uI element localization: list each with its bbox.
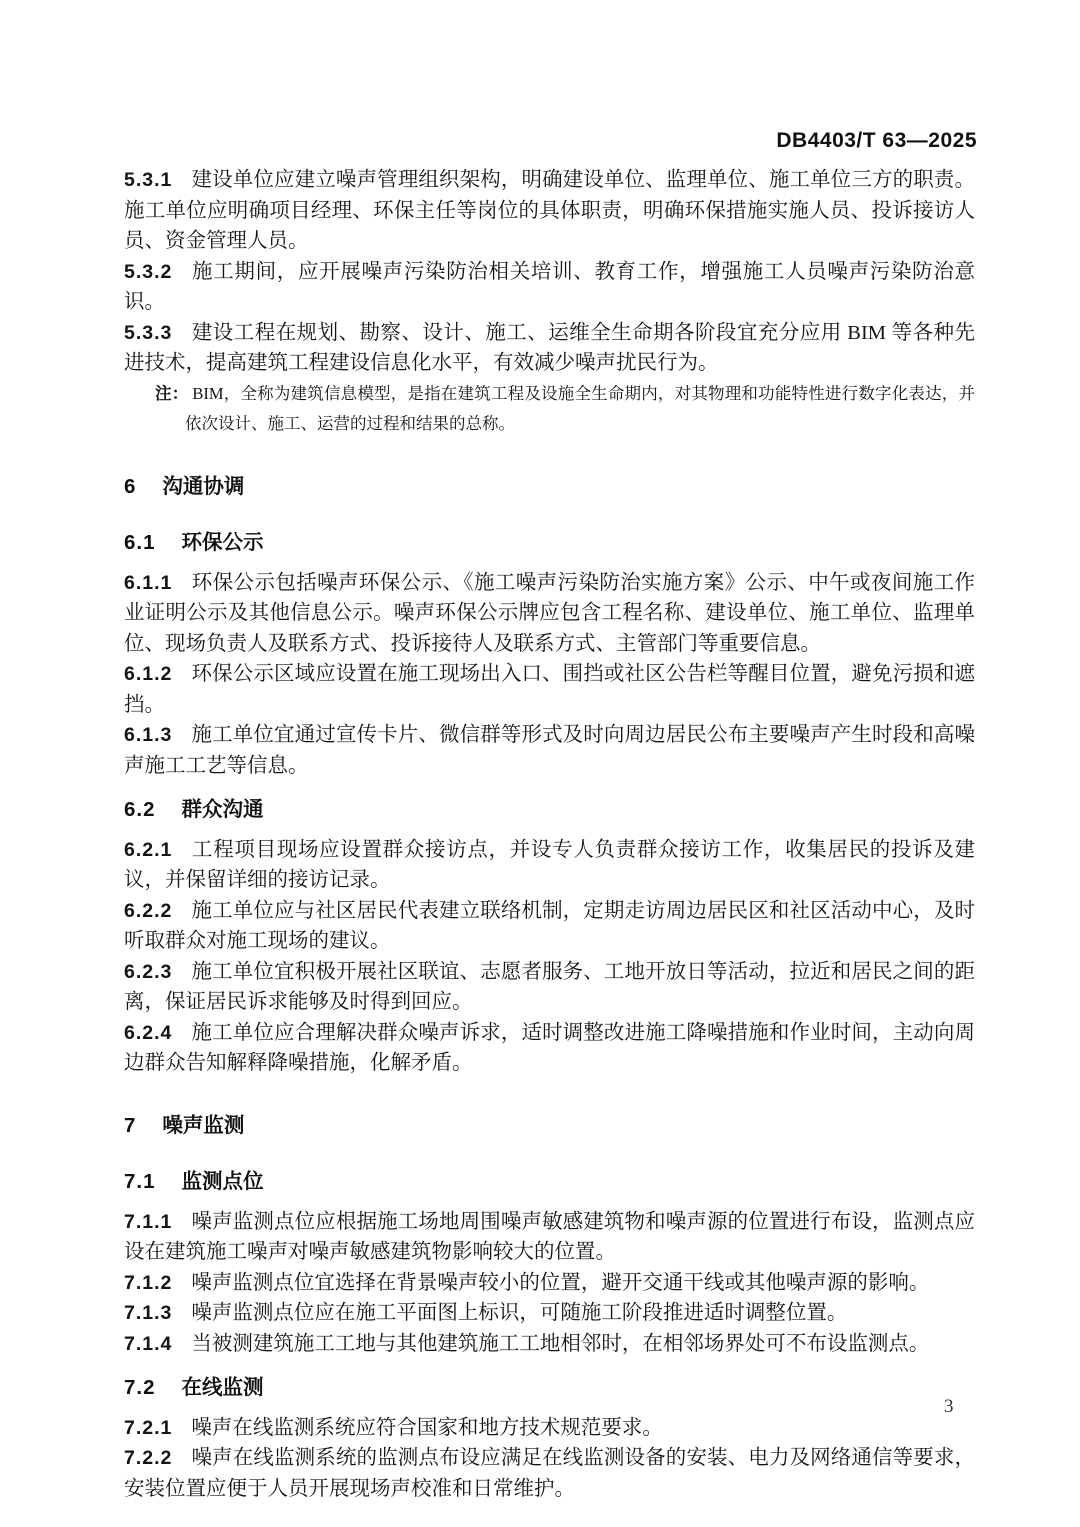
- clause-7-1-3: 7.1.3噪声监测点位应在施工平面图上标识，可随施工阶段推进适时调整位置。: [124, 1298, 975, 1329]
- clause-number: 6.2.4: [124, 1022, 172, 1044]
- heading-number: 7: [124, 1114, 136, 1137]
- clause-number: 5.3.2: [124, 261, 172, 283]
- heading-number: 6.2: [124, 798, 156, 821]
- clause-6-2-1: 6.2.1工程项目现场应设置群众接访点，并设专人负责群众接访工作，收集居民的投诉…: [124, 835, 975, 896]
- clause-text: 噪声监测点位宜选择在背景噪声较小的位置，避开交通干线或其他噪声源的影响。: [191, 1272, 929, 1294]
- clause-number: 7.1.1: [124, 1211, 172, 1233]
- clause-number: 7.1.4: [124, 1333, 172, 1355]
- clause-number: 7.1.3: [124, 1302, 172, 1324]
- clause-6-2-2: 6.2.2施工单位应与社区居民代表建立联络机制，定期走访周边居民区和社区活动中心…: [124, 896, 975, 957]
- clause-text: 建设单位应建立噪声管理组织架构，明确建设单位、监理单位、施工单位三方的职责。施工…: [124, 169, 975, 252]
- clause-text: 环保公示包括噪声环保公示、《施工噪声污染防治实施方案》公示、中午或夜间施工作业证…: [124, 572, 975, 655]
- clause-6-1-1: 6.1.1环保公示包括噪声环保公示、《施工噪声污染防治实施方案》公示、中午或夜间…: [124, 568, 975, 660]
- heading-text: 监测点位: [182, 1170, 264, 1193]
- clause-5-3-2: 5.3.2施工期间，应开展噪声污染防治相关培训、教育工作，增强施工人员噪声污染防…: [124, 257, 975, 318]
- clause-5-3-1: 5.3.1建设单位应建立噪声管理组织架构，明确建设单位、监理单位、施工单位三方的…: [124, 165, 975, 257]
- heading-6-1: 6.1环保公示: [124, 528, 975, 559]
- heading-7: 7噪声监测: [124, 1111, 975, 1142]
- clause-text: 施工单位应与社区居民代表建立联络机制，定期走访周边居民区和社区活动中心，及时听取…: [124, 900, 975, 953]
- clause-number: 6.2.2: [124, 900, 172, 922]
- clause-text: 噪声监测点位应根据施工场地周围噪声敏感建筑物和噪声源的位置进行布设，监测点应设在…: [124, 1211, 975, 1264]
- clause-6-1-2: 6.1.2环保公示区域应设置在施工现场出入口、围挡或社区公告栏等醒目位置，避免污…: [124, 659, 975, 720]
- note-label: 注：: [155, 385, 188, 403]
- clause-text: 噪声监测点位应在施工平面图上标识，可随施工阶段推进适时调整位置。: [191, 1302, 847, 1324]
- heading-text: 群众沟通: [182, 798, 264, 821]
- clause-number: 6.1.1: [124, 572, 172, 594]
- clause-text: 施工单位应合理解决群众噪声诉求，适时调整改进施工降噪措施和作业时间，主动向周边群…: [124, 1022, 975, 1075]
- heading-number: 6.1: [124, 531, 156, 554]
- clause-number: 6.1.3: [124, 724, 172, 746]
- clause-text: 施工单位宜通过宣传卡片、微信群等形式及时向周边居民公布主要噪声产生时段和高噪声施…: [124, 724, 975, 777]
- heading-number: 6: [124, 475, 136, 498]
- heading-7-1: 7.1监测点位: [124, 1167, 975, 1198]
- note-text: BIM，全称为建筑信息模型，是指在建筑工程及设施全生命期内，对其物理和功能特性进…: [185, 384, 975, 434]
- heading-text: 噪声监测: [162, 1114, 244, 1137]
- note: 注：BIM，全称为建筑信息模型，是指在建筑工程及设施全生命期内，对其物理和功能特…: [124, 379, 975, 440]
- clause-number: 5.3.3: [124, 322, 172, 344]
- clause-7-1-1: 7.1.1噪声监测点位应根据施工场地周围噪声敏感建筑物和噪声源的位置进行布设，监…: [124, 1207, 975, 1268]
- clause-number: 6.1.2: [124, 663, 172, 685]
- clause-number: 6.2.1: [124, 839, 172, 861]
- clause-7-2-2: 7.2.2噪声在线监测系统的监测点布设应满足在线监测设备的安装、电力及网络通信等…: [124, 1443, 975, 1504]
- clause-7-1-2: 7.1.2噪声监测点位宜选择在背景噪声较小的位置，避开交通干线或其他噪声源的影响…: [124, 1268, 975, 1299]
- heading-text: 在线监测: [182, 1376, 264, 1399]
- clause-number: 6.2.3: [124, 961, 172, 983]
- heading-number: 7.1: [124, 1170, 156, 1193]
- clause-text: 当被测建筑施工工地与其他建筑施工工地相邻时，在相邻场界处可不布设监测点。: [191, 1333, 929, 1355]
- clause-number: 7.2.1: [124, 1417, 172, 1439]
- clause-text: 工程项目现场应设置群众接访点，并设专人负责群众接访工作，收集居民的投诉及建议，并…: [124, 839, 975, 892]
- clause-5-3-3: 5.3.3建设工程在规划、勘察、设计、施工、运维全生命期各阶段宜充分应用 BIM…: [124, 318, 975, 379]
- clause-text: 施工期间，应开展噪声污染防治相关培训、教育工作，增强施工人员噪声污染防治意识。: [124, 261, 975, 314]
- page-number: 3: [944, 1396, 954, 1418]
- clause-text: 环保公示区域应设置在施工现场出入口、围挡或社区公告栏等醒目位置，避免污损和遮挡。: [124, 663, 975, 716]
- clause-number: 7.1.2: [124, 1272, 172, 1294]
- clause-number: 5.3.1: [124, 169, 172, 191]
- document-content: 5.3.1建设单位应建立噪声管理组织架构，明确建设单位、监理单位、施工单位三方的…: [124, 165, 975, 1504]
- heading-text: 沟通协调: [162, 475, 244, 498]
- clause-7-2-1: 7.2.1噪声在线监测系统应符合国家和地方技术规范要求。: [124, 1413, 975, 1444]
- clause-7-1-4: 7.1.4当被测建筑施工工地与其他建筑施工工地相邻时，在相邻场界处可不布设监测点…: [124, 1329, 975, 1360]
- header-doc-number: DB4403/T 63—2025: [776, 129, 977, 153]
- heading-6-2: 6.2群众沟通: [124, 795, 975, 826]
- clause-text: 噪声在线监测系统应符合国家和地方技术规范要求。: [191, 1417, 663, 1439]
- clause-6-2-3: 6.2.3施工单位宜积极开展社区联谊、志愿者服务、工地开放日等活动，拉近和居民之…: [124, 957, 975, 1018]
- clause-text: 建设工程在规划、勘察、设计、施工、运维全生命期各阶段宜充分应用 BIM 等各种先…: [124, 322, 975, 375]
- clause-6-1-3: 6.1.3施工单位宜通过宣传卡片、微信群等形式及时向周边居民公布主要噪声产生时段…: [124, 720, 975, 781]
- clause-6-2-4: 6.2.4施工单位应合理解决群众噪声诉求，适时调整改进施工降噪措施和作业时间，主…: [124, 1018, 975, 1079]
- clause-number: 7.2.2: [124, 1447, 172, 1469]
- heading-6: 6沟通协调: [124, 472, 975, 503]
- clause-text: 噪声在线监测系统的监测点布设应满足在线监测设备的安装、电力及网络通信等要求，安装…: [124, 1447, 975, 1500]
- heading-7-2: 7.2在线监测: [124, 1373, 975, 1404]
- document-page: DB4403/T 63—2025 5.3.1建设单位应建立噪声管理组织架构，明确…: [0, 0, 1080, 1527]
- heading-number: 7.2: [124, 1376, 156, 1399]
- clause-text: 施工单位宜积极开展社区联谊、志愿者服务、工地开放日等活动，拉近和居民之间的距离，…: [124, 961, 975, 1014]
- heading-text: 环保公示: [182, 531, 264, 554]
